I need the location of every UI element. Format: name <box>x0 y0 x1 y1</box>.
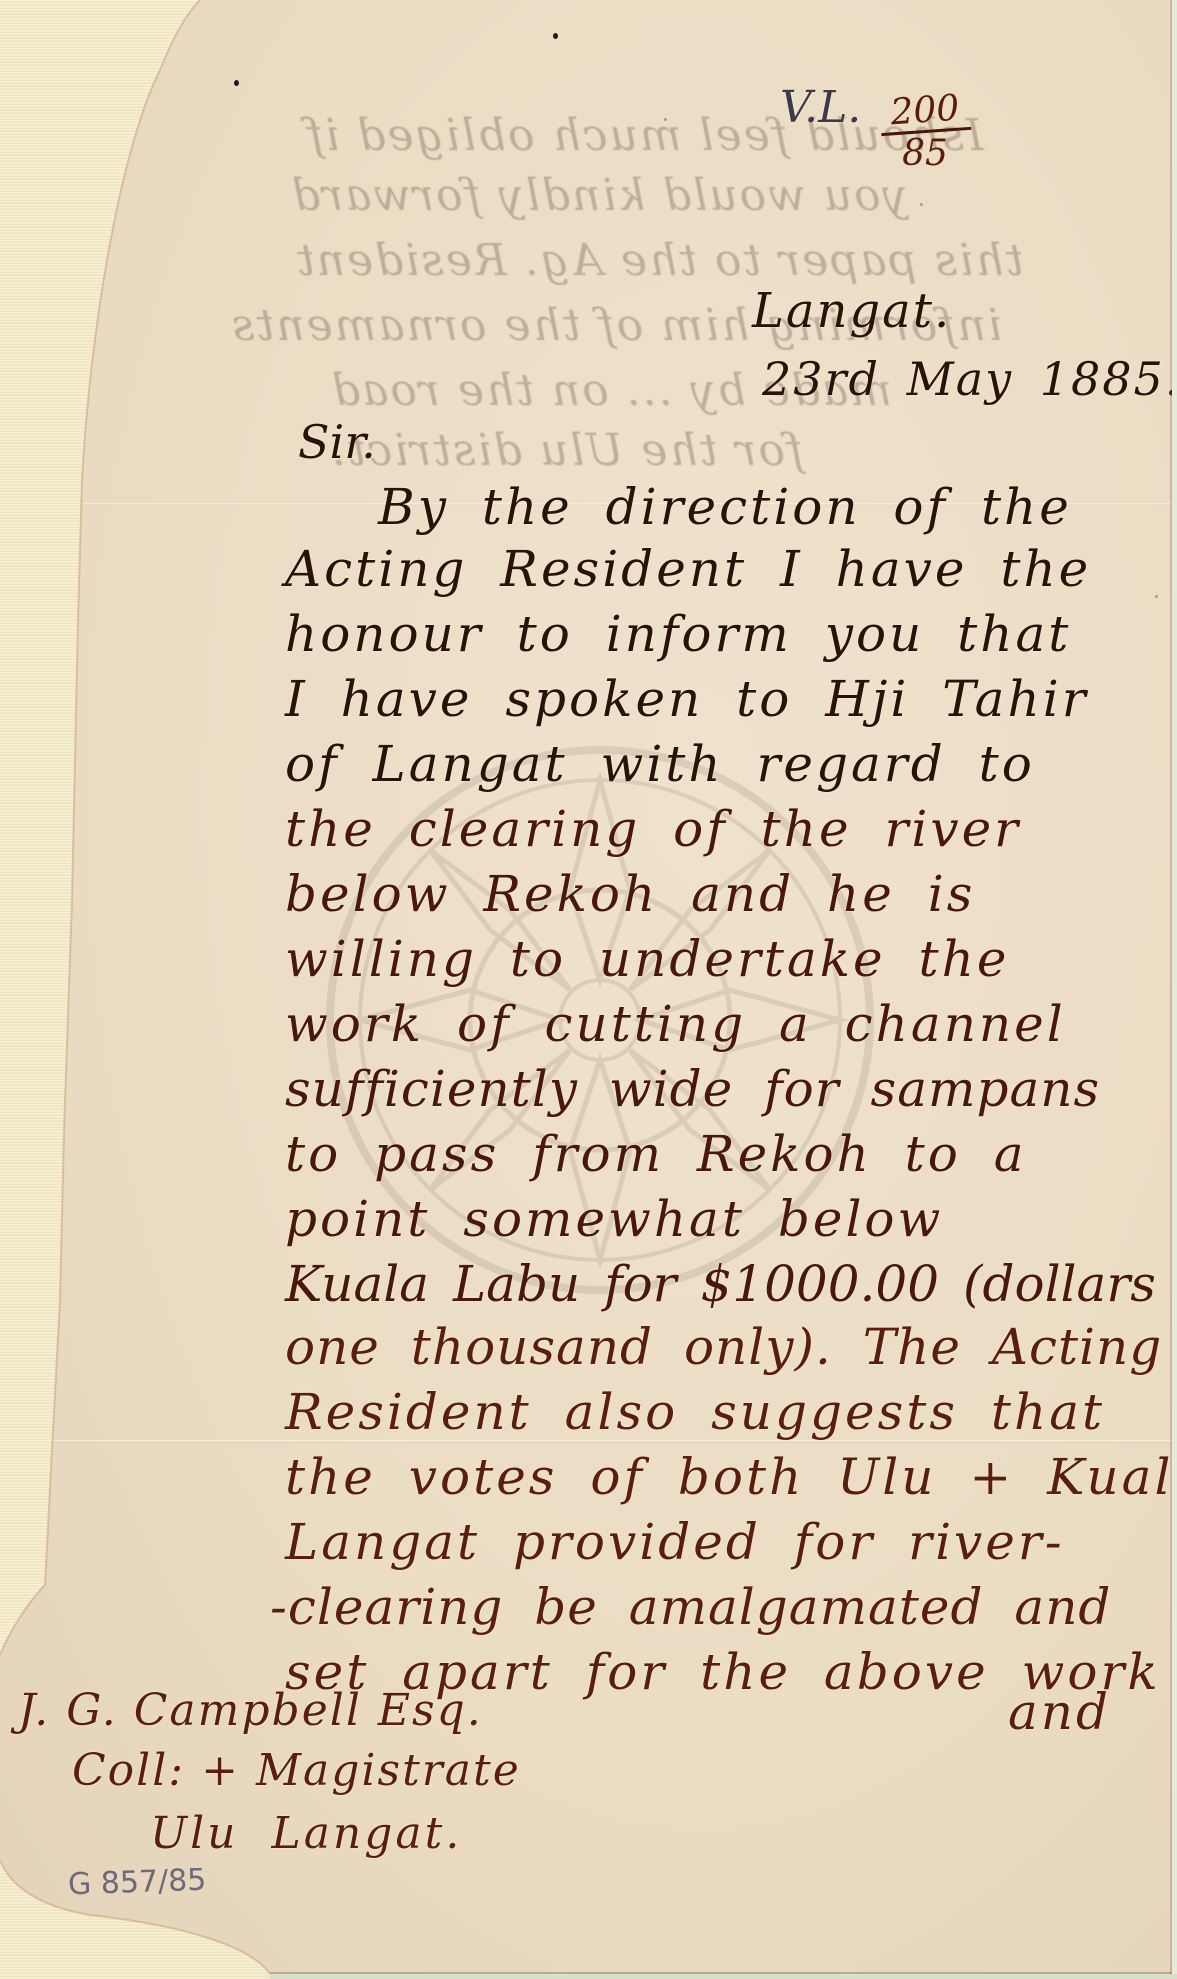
reference-numerator: 200 <box>879 89 972 136</box>
letter-place: Langat. <box>752 283 951 339</box>
ink-speck <box>553 33 558 39</box>
body-line: below Rekoh and he is <box>285 865 975 923</box>
body-line: point somewhat below <box>285 1190 943 1248</box>
reference-denominator: 85 <box>880 133 970 175</box>
reference-fraction: 200 85 <box>880 92 970 175</box>
body-line: one thousand only). The Acting <box>285 1318 1162 1376</box>
bleed-through-text: for the Ulu district. <box>330 425 803 476</box>
body-line: honour to inform you that <box>285 605 1071 663</box>
body-line: Resident also suggests that <box>285 1383 1105 1441</box>
letter-date: 23rd May 1885. <box>762 352 1177 406</box>
addressee-title: Coll: + Magistrate <box>72 1745 521 1796</box>
body-line: sufficiently wide for sampans <box>285 1060 1100 1118</box>
body-line: willing to undertake the <box>285 930 1009 988</box>
ink-speck <box>664 118 667 121</box>
body-line: -clearing be amalgamated and <box>270 1578 1111 1636</box>
ink-speck <box>1155 595 1158 598</box>
body-line: I have spoken to Hji Tahir <box>285 670 1089 728</box>
body-line: work of cutting a channel <box>285 995 1066 1053</box>
body-line: the clearing of the river <box>285 800 1021 858</box>
body-line: Kuala Labu for $1000.00 (dollars <box>285 1255 1156 1313</box>
catchword: and <box>1008 1683 1111 1741</box>
bleed-through-text: this paper to the Ag. Resident <box>295 235 1023 286</box>
body-line: to pass from Rekoh to a <box>285 1125 1027 1183</box>
ink-speck <box>920 203 923 206</box>
archive-reference: G 857/85 <box>67 1863 206 1903</box>
backing-edge-right <box>1172 0 1177 1979</box>
backing-edge-bottom <box>270 1974 1177 1979</box>
addressee-name: J. G. Campbell Esq. <box>18 1685 483 1736</box>
letter-sheet: Ishould feel much obliged if you would k… <box>0 0 1172 1974</box>
body-line: the votes of both Ulu + Kuala <box>285 1448 1177 1506</box>
body-line: of Langat with regard to <box>285 735 1035 793</box>
bleed-through-text: you would kindly forward <box>290 170 907 221</box>
addressee-location: Ulu Langat. <box>150 1808 462 1859</box>
reference-initials: V.L. <box>780 82 861 133</box>
salutation: Sir. <box>298 415 376 469</box>
ink-speck <box>234 80 239 86</box>
body-line: Acting Resident I have the <box>285 540 1091 598</box>
body-line: By the direction of the <box>378 478 1072 536</box>
body-line: Langat provided for river- <box>285 1513 1065 1571</box>
